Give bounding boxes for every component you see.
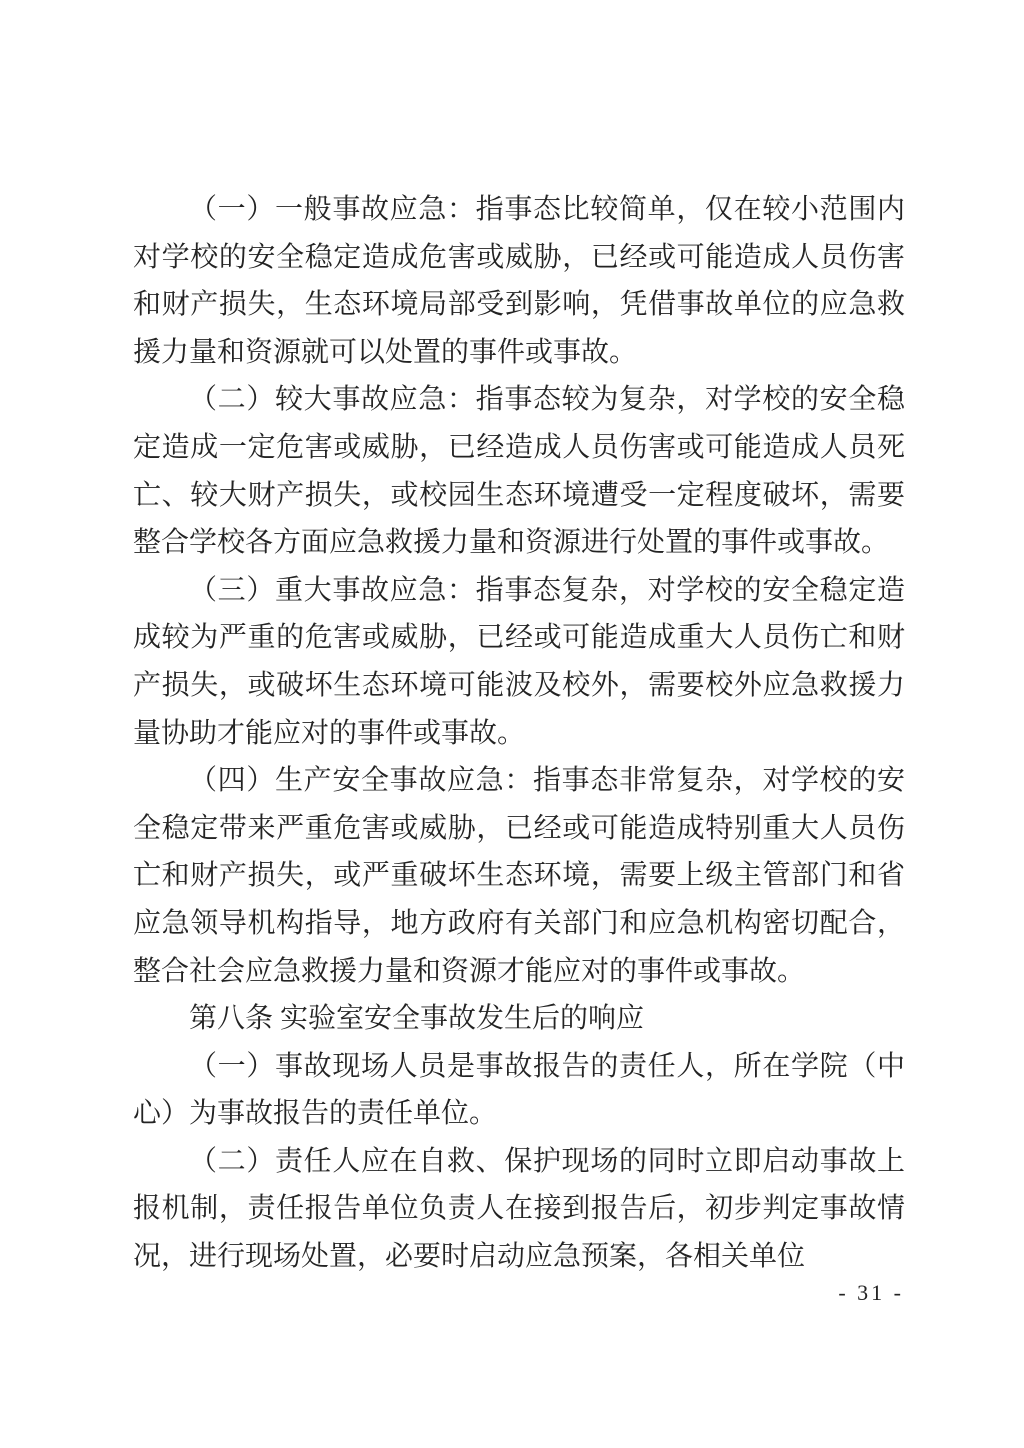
paragraph-article8-item2: （二）责任人应在自救、保护现场的同时立即启动事故上报机制，责任报告单位负责人在接… bbox=[133, 1138, 905, 1281]
clause-heading-article-8: 第八条 实验室安全事故发生后的响应 bbox=[133, 995, 905, 1043]
paragraph-major-accident: （三）重大事故应急：指事态复杂，对学校的安全稳定造成较为严重的危害或威胁，已经或… bbox=[133, 567, 905, 757]
paragraph-article8-item1: （一）事故现场人员是事故报告的责任人，所在学院（中心）为事故报告的责任单位。 bbox=[133, 1043, 905, 1138]
paragraph-production-safety-accident: （四）生产安全事故应急：指事态非常复杂，对学校的安全稳定带来严重危害或威胁，已经… bbox=[133, 757, 905, 995]
paragraph-general-accident: （一）一般事故应急：指事态比较简单，仅在较小范围内对学校的安全稳定造成危害或威胁… bbox=[133, 186, 905, 376]
paragraph-larger-accident: （二）较大事故应急：指事态较为复杂，对学校的安全稳定造成一定危害或威胁，已经造成… bbox=[133, 376, 905, 566]
document-body: （一）一般事故应急：指事态比较简单，仅在较小范围内对学校的安全稳定造成危害或威胁… bbox=[133, 186, 905, 1281]
page-number: - 31 - bbox=[838, 1278, 904, 1308]
document-page: （一）一般事故应急：指事态比较简单，仅在较小范围内对学校的安全稳定造成危害或威胁… bbox=[0, 0, 1024, 1448]
